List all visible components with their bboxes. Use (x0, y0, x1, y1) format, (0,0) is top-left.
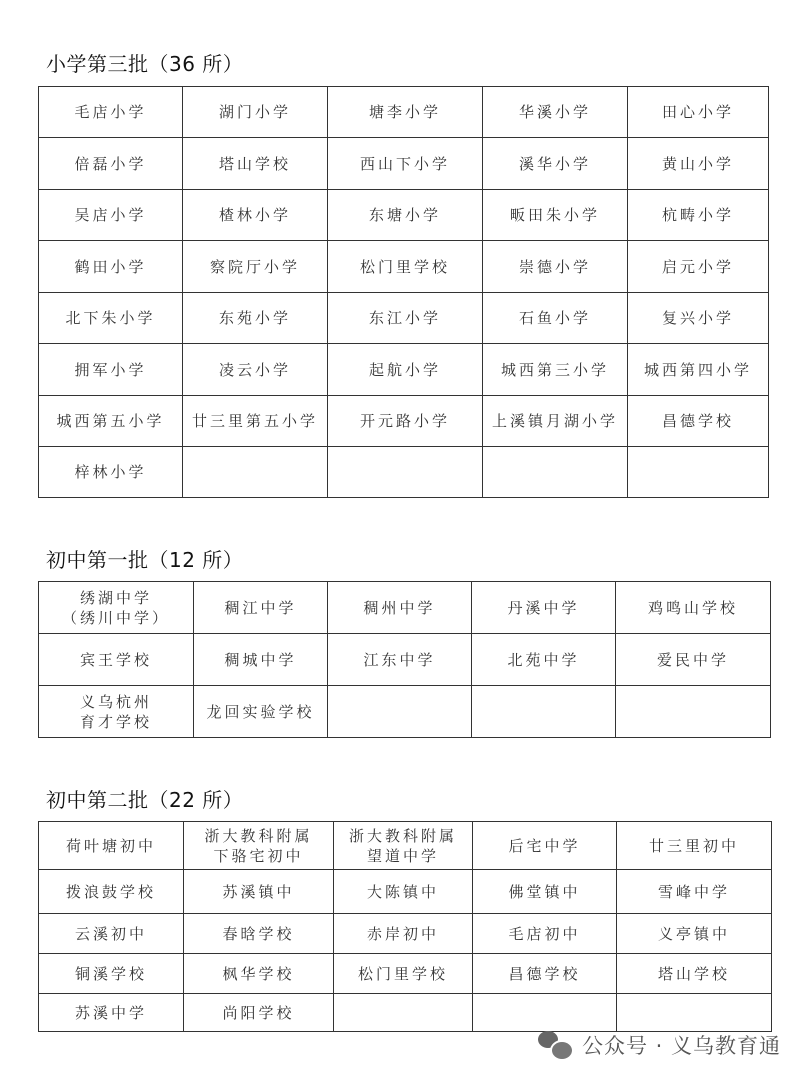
school-cell: 启元小学 (628, 241, 769, 293)
empty-cell (617, 994, 772, 1032)
table-row: 宾王学校稠城中学江东中学北苑中学爱民中学 (39, 634, 771, 686)
school-cell: 义亭镇中 (617, 914, 772, 954)
school-cell: 塔山学校 (183, 138, 328, 190)
school-cell: 楂林小学 (183, 190, 328, 241)
school-cell: 江东中学 (328, 634, 472, 686)
empty-cell (472, 686, 616, 738)
school-cell: 黄山小学 (628, 138, 769, 190)
table-row: 拨浪鼓学校苏溪镇中大陈镇中佛堂镇中雪峰中学 (39, 870, 772, 914)
school-cell: 雪峰中学 (617, 870, 772, 914)
watermark-text: 公众号 · 义乌教育通 (582, 1030, 781, 1060)
wechat-icon (538, 1031, 572, 1059)
school-cell: 塘李小学 (328, 87, 483, 138)
school-cell: 大陈镇中 (334, 870, 473, 914)
school-cell: 昌德学校 (628, 396, 769, 447)
school-cell: 北下朱小学 (39, 293, 183, 344)
school-cell: 后宅中学 (473, 822, 617, 870)
school-cell: 湖门小学 (183, 87, 328, 138)
primary-batch-3-table: 毛店小学湖门小学塘李小学华溪小学田心小学倍磊小学塔山学校西山下小学溪华小学黄山小… (38, 86, 769, 498)
middle-batch-2-table: 荷叶塘初中浙大教科附属 下骆宅初中浙大教科附属 望道中学后宅中学廿三里初中拨浪鼓… (38, 821, 772, 1032)
table-row: 苏溪中学尚阳学校 (39, 994, 772, 1032)
school-cell: 昌德学校 (473, 954, 617, 994)
school-cell: 铜溪学校 (39, 954, 184, 994)
watermark: 公众号 · 义乌教育通 (538, 1030, 781, 1060)
school-cell: 苏溪中学 (39, 994, 184, 1032)
school-cell: 鹤田小学 (39, 241, 183, 293)
school-cell: 溪华小学 (483, 138, 628, 190)
empty-cell (328, 447, 483, 498)
school-cell: 东江小学 (328, 293, 483, 344)
school-cell: 宾王学校 (39, 634, 194, 686)
school-cell: 稠城中学 (194, 634, 328, 686)
school-cell: 赤岸初中 (334, 914, 473, 954)
school-cell: 爱民中学 (616, 634, 771, 686)
empty-cell (334, 994, 473, 1032)
table-row: 义乌杭州 育才学校龙回实验学校 (39, 686, 771, 738)
school-cell: 苏溪镇中 (184, 870, 334, 914)
empty-cell (628, 447, 769, 498)
school-cell: 绣湖中学 （绣川中学） (39, 582, 194, 634)
school-cell: 廿三里第五小学 (183, 396, 328, 447)
school-cell: 凌云小学 (183, 344, 328, 396)
empty-cell (616, 686, 771, 738)
school-cell: 塔山学校 (617, 954, 772, 994)
school-cell: 城西第四小学 (628, 344, 769, 396)
school-cell: 松门里学校 (334, 954, 473, 994)
school-cell: 荷叶塘初中 (39, 822, 184, 870)
table-row: 吴店小学楂林小学东塘小学畈田朱小学杭畴小学 (39, 190, 769, 241)
table-row: 梓林小学 (39, 447, 769, 498)
school-cell: 龙回实验学校 (194, 686, 328, 738)
school-cell: 毛店小学 (39, 87, 183, 138)
school-cell: 梓林小学 (39, 447, 183, 498)
school-cell: 西山下小学 (328, 138, 483, 190)
section-title-primary-batch-3: 小学第三批（36 所） (46, 48, 243, 77)
school-cell: 杭畴小学 (628, 190, 769, 241)
school-cell: 拥军小学 (39, 344, 183, 396)
school-cell: 廿三里初中 (617, 822, 772, 870)
school-cell: 开元路小学 (328, 396, 483, 447)
empty-cell (473, 994, 617, 1032)
school-cell: 石鱼小学 (483, 293, 628, 344)
school-cell: 城西第五小学 (39, 396, 183, 447)
section-title-middle-batch-2: 初中第二批（22 所） (46, 784, 243, 813)
school-cell: 松门里学校 (328, 241, 483, 293)
school-cell: 稠州中学 (328, 582, 472, 634)
table-row: 北下朱小学东苑小学东江小学石鱼小学复兴小学 (39, 293, 769, 344)
school-cell: 拨浪鼓学校 (39, 870, 184, 914)
school-cell: 云溪初中 (39, 914, 184, 954)
middle-batch-1-table: 绣湖中学 （绣川中学）稠江中学稠州中学丹溪中学鸡鸣山学校宾王学校稠城中学江东中学… (38, 581, 771, 738)
section-title-middle-batch-1: 初中第一批（12 所） (46, 544, 243, 573)
table-row: 倍磊小学塔山学校西山下小学溪华小学黄山小学 (39, 138, 769, 190)
empty-cell (183, 447, 328, 498)
table-row: 荷叶塘初中浙大教科附属 下骆宅初中浙大教科附属 望道中学后宅中学廿三里初中 (39, 822, 772, 870)
school-cell: 吴店小学 (39, 190, 183, 241)
school-cell: 华溪小学 (483, 87, 628, 138)
school-cell: 枫华学校 (184, 954, 334, 994)
school-cell: 鸡鸣山学校 (616, 582, 771, 634)
school-cell: 浙大教科附属 望道中学 (334, 822, 473, 870)
school-cell: 尚阳学校 (184, 994, 334, 1032)
empty-cell (328, 686, 472, 738)
table-row: 毛店小学湖门小学塘李小学华溪小学田心小学 (39, 87, 769, 138)
table-row: 城西第五小学廿三里第五小学开元路小学上溪镇月湖小学昌德学校 (39, 396, 769, 447)
school-cell: 察院厅小学 (183, 241, 328, 293)
school-cell: 北苑中学 (472, 634, 616, 686)
school-cell: 畈田朱小学 (483, 190, 628, 241)
table-row: 拥军小学凌云小学起航小学城西第三小学城西第四小学 (39, 344, 769, 396)
school-cell: 丹溪中学 (472, 582, 616, 634)
table-row: 鹤田小学察院厅小学松门里学校崇德小学启元小学 (39, 241, 769, 293)
table-row: 云溪初中春晗学校赤岸初中毛店初中义亭镇中 (39, 914, 772, 954)
school-cell: 田心小学 (628, 87, 769, 138)
school-cell: 崇德小学 (483, 241, 628, 293)
school-cell: 城西第三小学 (483, 344, 628, 396)
school-cell: 东苑小学 (183, 293, 328, 344)
school-cell: 浙大教科附属 下骆宅初中 (184, 822, 334, 870)
school-cell: 春晗学校 (184, 914, 334, 954)
school-cell: 上溪镇月湖小学 (483, 396, 628, 447)
table-row: 铜溪学校枫华学校松门里学校昌德学校塔山学校 (39, 954, 772, 994)
school-cell: 毛店初中 (473, 914, 617, 954)
school-cell: 复兴小学 (628, 293, 769, 344)
school-cell: 起航小学 (328, 344, 483, 396)
school-cell: 佛堂镇中 (473, 870, 617, 914)
empty-cell (483, 447, 628, 498)
school-cell: 倍磊小学 (39, 138, 183, 190)
school-cell: 东塘小学 (328, 190, 483, 241)
table-row: 绣湖中学 （绣川中学）稠江中学稠州中学丹溪中学鸡鸣山学校 (39, 582, 771, 634)
school-cell: 稠江中学 (194, 582, 328, 634)
school-cell: 义乌杭州 育才学校 (39, 686, 194, 738)
